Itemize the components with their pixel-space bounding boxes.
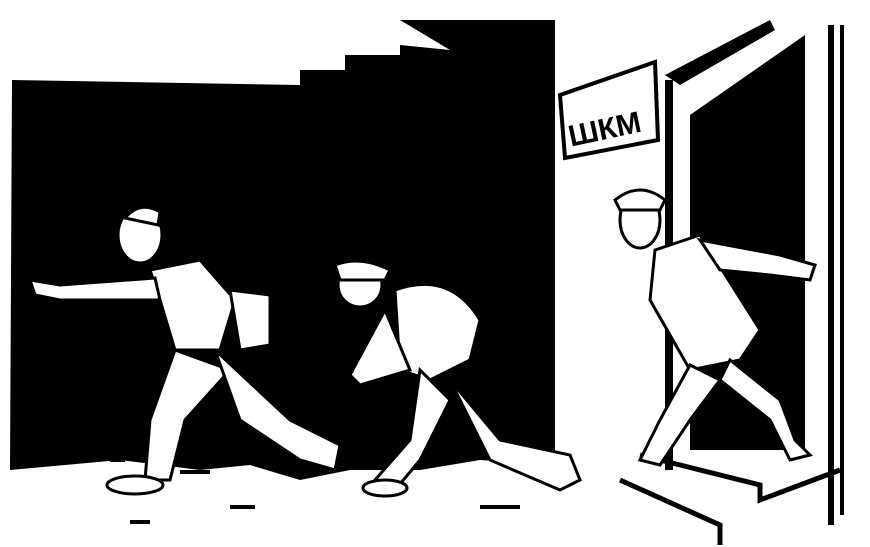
- illustration: ШКМ: [0, 0, 870, 547]
